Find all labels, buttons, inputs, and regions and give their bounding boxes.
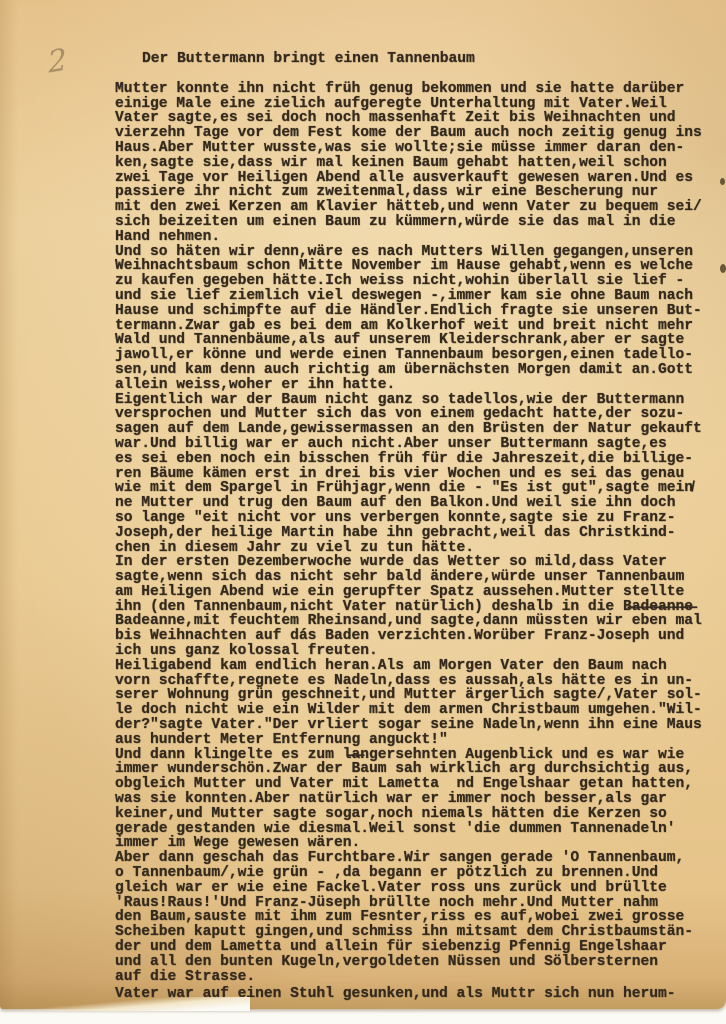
- paragraph: Aber dann geschah das Furchtbare.Wir san…: [115, 851, 715, 984]
- paragraph: Eigentlich war der Baum nicht ganz so ta…: [115, 393, 715, 556]
- paragraph: Und so häten wir denn,wäre es nach Mutte…: [115, 245, 715, 393]
- document-title: Der Buttermann bringt einen Tannenbaum: [115, 52, 715, 67]
- typewritten-document: Der Buttermann bringt einen Tannenbaum M…: [115, 52, 715, 1002]
- pencil-annotation: 2: [47, 42, 68, 80]
- paragraph: Und dann klingelte es zum l̶a̶ngersehnte…: [115, 748, 715, 852]
- paragraph: In der ersten Dezemberwoche wurde das We…: [115, 555, 715, 659]
- document-body: Mutter konnte ihn nicht früh genug bekom…: [115, 82, 715, 1002]
- paragraph: Mutter konnte ihn nicht früh genug bekom…: [115, 82, 715, 245]
- paragraph: Vater war auf einen Stuhl gesunken,und a…: [115, 987, 715, 1002]
- paper-blemish: [720, 178, 725, 185]
- paper-sheet: 2 Der Buttermann bringt einen Tannenbaum…: [0, 0, 726, 1009]
- paper-blemish: [720, 264, 726, 273]
- scanned-page: 2 Der Buttermann bringt einen Tannenbaum…: [0, 0, 726, 1024]
- paragraph: Heiligabend kam endlich heran.Als am Mor…: [115, 659, 715, 748]
